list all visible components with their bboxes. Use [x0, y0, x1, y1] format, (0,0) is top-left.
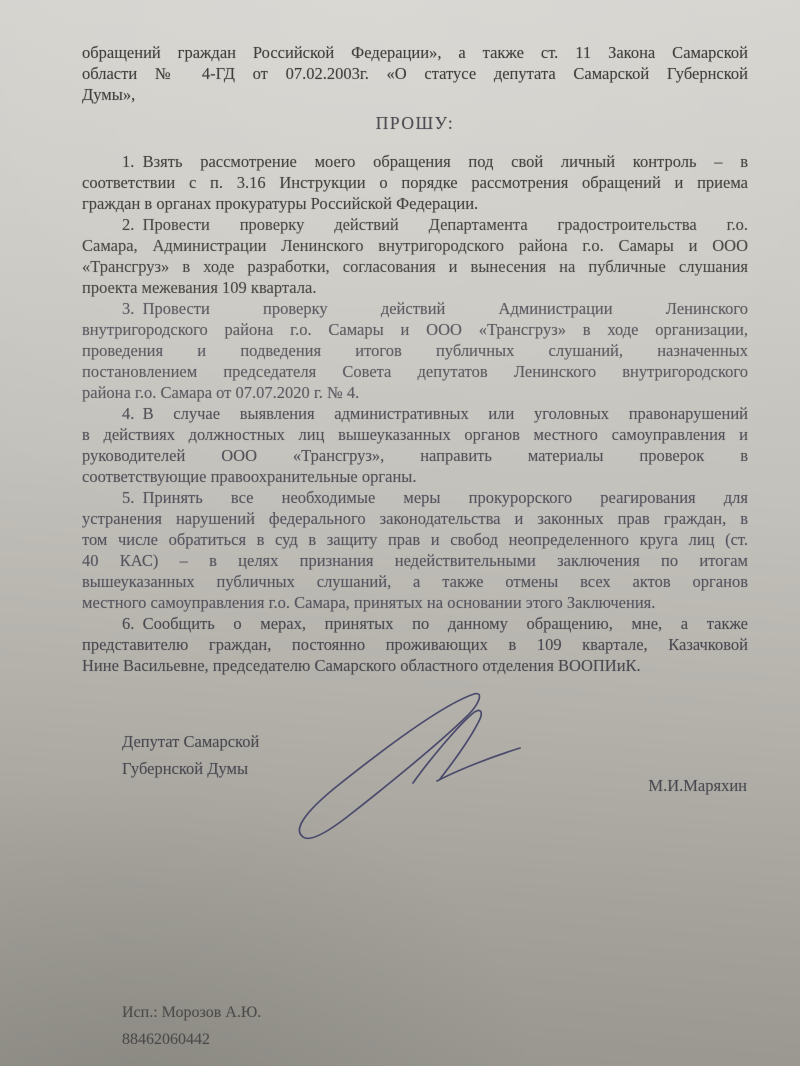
text-line: граждан в органах прокуратуры Российской…: [82, 193, 748, 214]
text-line: области № 4-ГД от 07.02.2003г. «О статус…: [82, 63, 748, 84]
text-line: постановлением председателя Совета депут…: [82, 361, 748, 382]
request-item-4: 4. В случае выявления административных и…: [82, 403, 748, 487]
text-line: представителю граждан, постоянно прожива…: [82, 634, 748, 655]
text-line: вышеуказанных публичных слушаний, а такж…: [82, 571, 748, 592]
request-item-5: 5. Принять все необходимые меры прокурор…: [82, 487, 748, 613]
text-line: 5. Принять все необходимые меры прокурор…: [82, 487, 748, 508]
text-line: 40 КАС) – в целях признания недействител…: [82, 550, 748, 571]
request-item-1: 1. Взять рассмотрение моего обращения по…: [82, 151, 748, 214]
signer-position-line2: Губернской Думы: [122, 755, 259, 782]
request-item-2: 2. Провести проверку действий Департамен…: [82, 214, 748, 298]
text-line: руководителей ООО «Трансгруз», направить…: [82, 445, 748, 466]
text-line: местного самоуправления г.о. Самара, при…: [82, 592, 748, 613]
request-heading: ПРОШУ:: [82, 112, 748, 134]
request-item-3: 3. Провести проверку действий Администра…: [82, 298, 748, 403]
text-line: соответствии с п. 3.16 Инструкции о поря…: [82, 172, 748, 193]
text-line: проекта межевания 109 квартала.: [82, 277, 748, 298]
text-line: Самара, Администрации Ленинского внутриг…: [82, 235, 748, 256]
text-line: Думы»,: [82, 84, 748, 105]
text-line: устранения нарушений федерального законо…: [82, 508, 748, 529]
signer-position: Депутат Самарской Губернской Думы: [122, 728, 259, 782]
executor-phone: 88462060442: [122, 1026, 261, 1053]
text-line: соответствующие правоохранительные орган…: [82, 466, 748, 487]
request-item-6: 6. Сообщить о мерах, принятых по данному…: [82, 613, 748, 676]
signer-position-line1: Депутат Самарской: [122, 728, 259, 755]
text-line: том числе обратиться в суд в защиту прав…: [82, 529, 748, 550]
text-line: района г.о. Самара от 07.07.2020 г. № 4.: [82, 382, 748, 403]
signature-ink: [286, 686, 550, 850]
document-body: обращений граждан Российской Федерации»,…: [82, 42, 748, 676]
text-line: Нине Васильевне, председателю Самарского…: [82, 655, 748, 676]
text-line: 6. Сообщить о мерах, принятых по данному…: [82, 613, 748, 634]
signer-name: М.И.Маряхин: [648, 776, 747, 796]
document-photo: обращений граждан Российской Федерации»,…: [0, 0, 800, 1066]
intro-paragraph: обращений граждан Российской Федерации»,…: [82, 42, 748, 105]
executor-line: Исп.: Морозов А.Ю.: [122, 999, 261, 1026]
text-line: 1. Взять рассмотрение моего обращения по…: [82, 151, 748, 172]
text-line: 2. Провести проверку действий Департамен…: [82, 214, 748, 235]
text-line: «Трансгруз» в ходе разработки, согласова…: [82, 256, 748, 277]
text-line: в действиях должностных лиц вышеуказанны…: [82, 424, 748, 445]
executor-block: Исп.: Морозов А.Ю. 88462060442: [122, 999, 261, 1053]
text-line: проведения и подведения итогов публичных…: [82, 340, 748, 361]
text-line: 3. Провести проверку действий Администра…: [82, 298, 748, 319]
text-line: обращений граждан Российской Федерации»,…: [82, 42, 748, 63]
text-line: 4. В случае выявления административных и…: [82, 403, 748, 424]
text-line: внутригородского района г.о. Самары и ОО…: [82, 319, 748, 340]
